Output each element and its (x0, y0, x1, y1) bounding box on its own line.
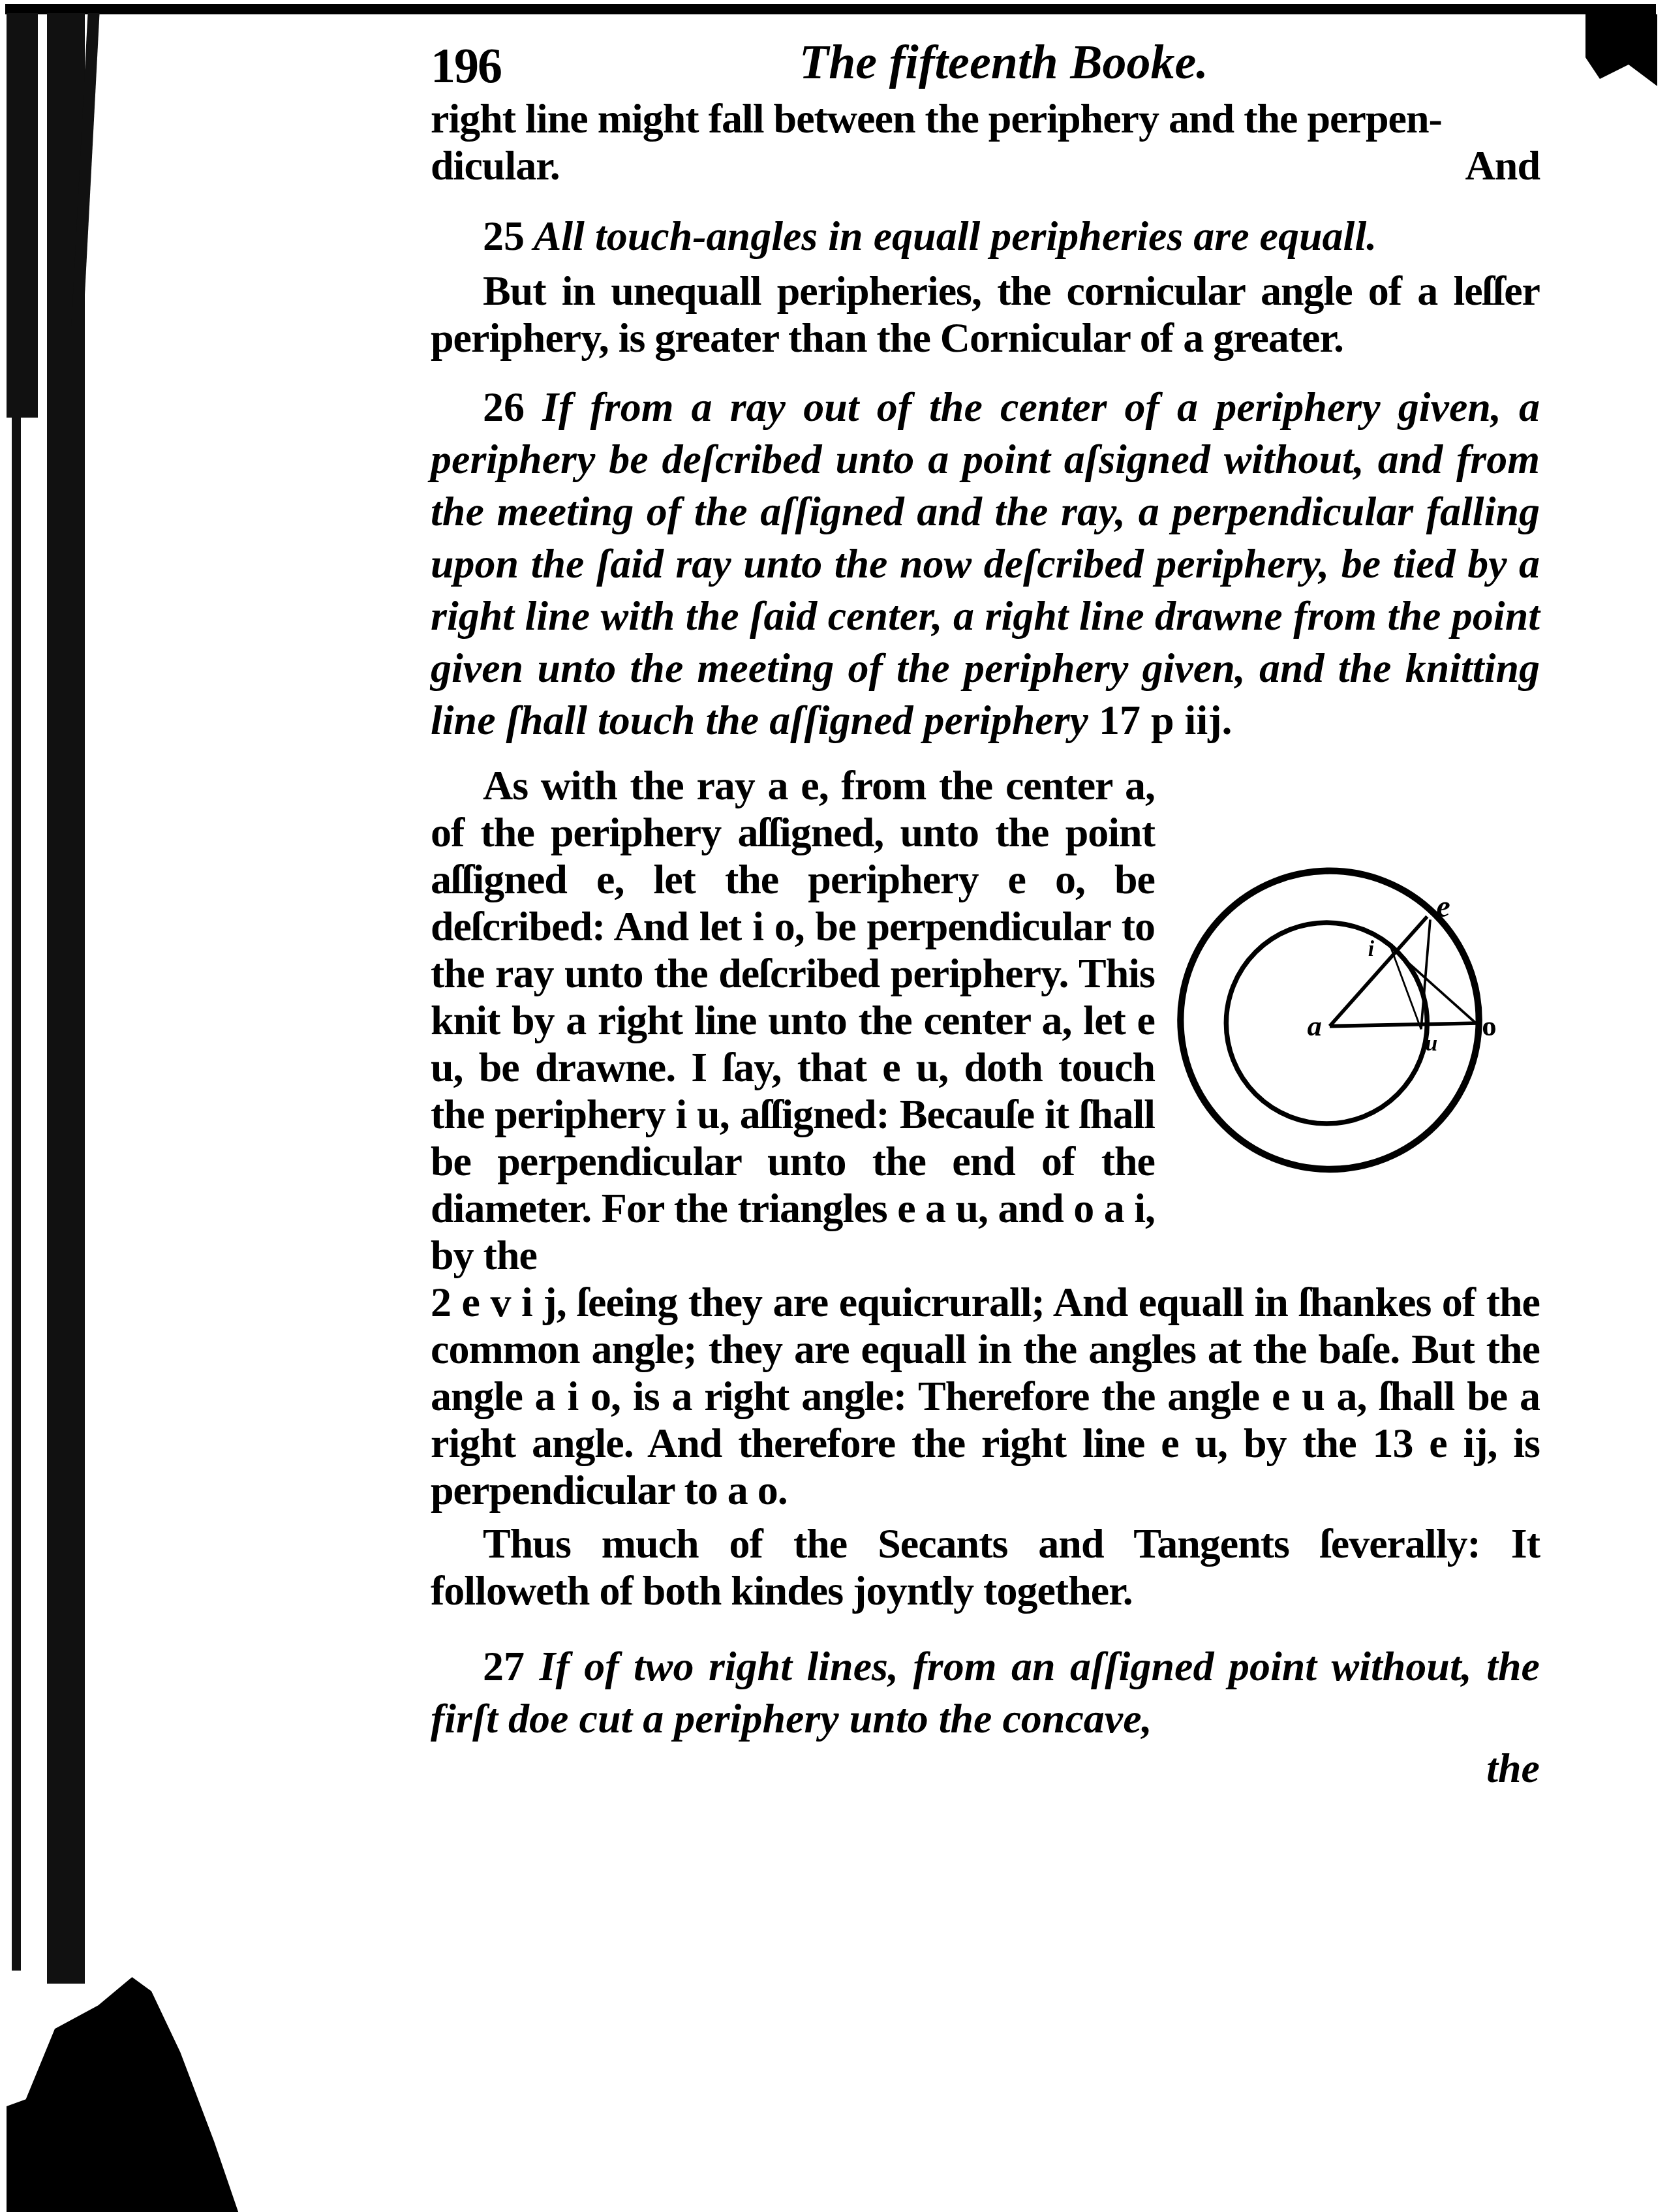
label-o: o (1482, 1009, 1496, 1042)
page-number: 196 (431, 38, 501, 95)
book-page: 196 The fifteenth Booke. right line migh… (431, 33, 1540, 1792)
label-i: i (1368, 937, 1375, 961)
page-header: 196 The fifteenth Booke. (431, 33, 1540, 95)
proposition-number: 27 (483, 1643, 525, 1689)
geometry-diagram: a e i u o (1174, 840, 1540, 1206)
proposition-number: 25 (483, 213, 525, 259)
proof-block: a e i u o As with the ray a e, from the … (431, 762, 1540, 1514)
label-e: e (1436, 889, 1450, 924)
proposition-text: If from a ray out of the center of a per… (431, 384, 1540, 743)
proposition-text: All touch-angles in equall peripheries a… (534, 213, 1377, 259)
scan-top-border (5, 4, 1656, 14)
proposition-26: 26 If from a ray out of the center of a … (431, 381, 1540, 746)
label-a: a (1307, 1009, 1321, 1042)
running-title: The fifteenth Booke. (799, 35, 1208, 91)
scan-right-corner (1585, 14, 1657, 86)
continuation-line-2: dicular. (431, 142, 560, 189)
continuation-line: right line might fall between the periph… (431, 95, 1540, 142)
cross-reference: 17 p iij. (1099, 697, 1232, 743)
proposition-25-note: But in unequall peripheries, the cornicu… (431, 268, 1540, 361)
proposition-27: 27 If of two right lines, from an aſſign… (431, 1640, 1540, 1745)
catchword: the (431, 1745, 1540, 1792)
catchword-and: And (1465, 142, 1540, 189)
transition-paragraph: Thus much of the Secants and Tangents ſe… (431, 1520, 1540, 1614)
proposition-number: 26 (483, 384, 525, 430)
proof-paragraph-continued: 2 e v i j, ſeeing they are equicrurall; … (431, 1279, 1540, 1514)
book-gutter-shadow (7, 13, 98, 2212)
proposition-text: If of two right lines, from an aſſigned … (431, 1643, 1540, 1742)
proposition-25: 25 All touch-angles in equall peripherie… (431, 213, 1540, 260)
continuation-end: dicular. And (431, 142, 1540, 189)
label-u: u (1426, 1032, 1438, 1056)
